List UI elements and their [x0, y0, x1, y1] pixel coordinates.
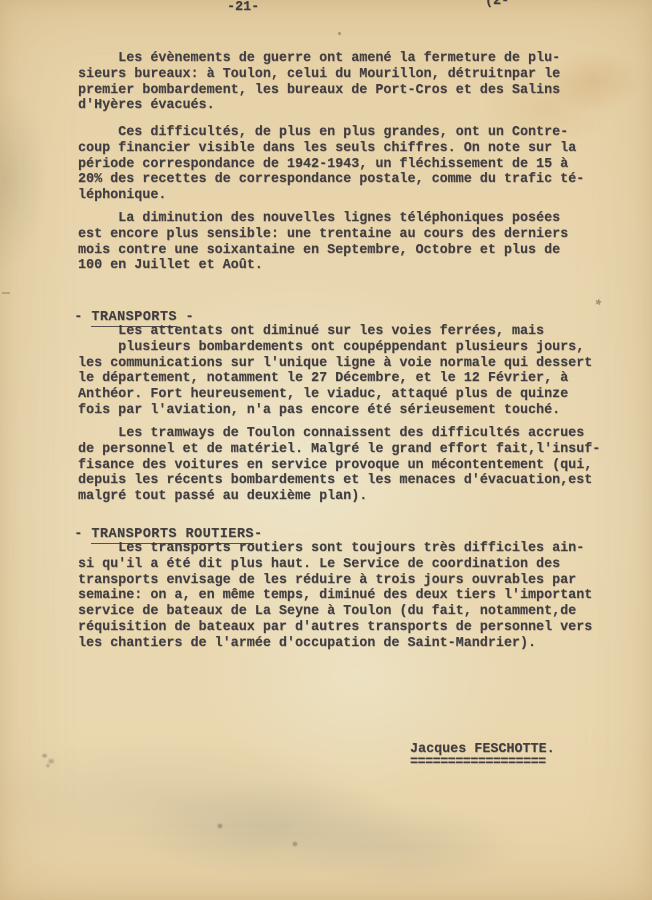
heading-dash: -: [74, 527, 91, 542]
text-line: si qu'il a été dit plus haut. Le Service…: [78, 557, 592, 573]
text-line: période correspondance de 1942-1943, un …: [78, 157, 584, 173]
text-line: est encore plus sensible: une trentaine …: [78, 227, 568, 243]
text-line: les communications sur l'unique ligne à …: [78, 356, 592, 372]
text-line: transports envisage de les réduire à tro…: [78, 573, 592, 589]
text-line: Ces difficultés, de plus en plus grandes…: [78, 125, 584, 141]
paragraph-post-offices: Les évènements de guerre ont amené la fe…: [78, 51, 560, 114]
text-line: les chantiers de l'armée d'occupation de…: [78, 636, 592, 652]
paragraph-railways: Les attentats ont diminué sur les voies …: [78, 324, 592, 419]
heading-dash: -: [74, 310, 91, 325]
signature-block: Jacques FESCHOTTE. ==================: [410, 742, 555, 771]
text-line: réquisition de bateaux par d'autres tran…: [78, 620, 592, 636]
heading-dash: -: [254, 527, 263, 542]
document-page: -21- (2- Les évènements de guerre ont am…: [0, 0, 652, 900]
page-number: -21-: [227, 1, 259, 14]
text-line: Les transports routiers sont toujours tr…: [78, 541, 592, 557]
text-line: premier bombardement, les bureaux de Por…: [78, 83, 560, 99]
paper-stain: [2, 292, 10, 294]
ink-smudge-mark: *: [591, 297, 603, 316]
text-line: léphonique.: [78, 188, 584, 204]
text-line: le département, notamment le 27 Décembre…: [78, 371, 592, 387]
text-line: Anthéor. Fort heureusement, le viaduc, a…: [78, 387, 592, 403]
text-line: fois par l'aviation, n'a pas encore été …: [78, 403, 592, 419]
signature-underline: ==================: [410, 755, 555, 771]
text-line: 20% des recettes de correspondance posta…: [78, 172, 584, 188]
text-line: 100 en Juillet et Août.: [78, 258, 568, 274]
text-line: Les tramways de Toulon connaissent des d…: [78, 426, 600, 442]
paper-stain: [338, 32, 341, 35]
text-line: de personnel et de matériel. Malgré le g…: [78, 442, 600, 458]
text-line: Les évènements de guerre ont amené la fe…: [78, 51, 560, 67]
paragraph-road-transports: Les transports routiers sont toujours tr…: [78, 541, 592, 652]
text-line: plusieurs bombardements ont coupéppendan…: [78, 340, 592, 356]
paper-stain: [218, 824, 222, 828]
text-line: sieurs bureaux: à Toulon, celui du Mouri…: [78, 67, 560, 83]
text-line: malgré tout passé au deuxième plan).: [78, 489, 600, 505]
corner-mark: (2-: [485, 0, 509, 8]
text-line: fisance des voitures en service provoque…: [78, 458, 600, 474]
text-line: depuis les récents bombardements et les …: [78, 473, 600, 489]
text-line: mois contre une soixantaine en Septembre…: [78, 243, 568, 259]
paper-stain: [293, 842, 297, 846]
paragraph-telephone-lines: La diminution des nouvelles lignes télép…: [78, 211, 568, 274]
text-line: coup financier visible dans les seuls ch…: [78, 141, 584, 157]
text-line: semaine: on a, en même temps, diminué de…: [78, 588, 592, 604]
heading-dash: -: [177, 310, 194, 325]
paragraph-tramways: Les tramways de Toulon connaissent des d…: [78, 426, 600, 505]
text-line: Les attentats ont diminué sur les voies …: [78, 324, 592, 340]
paper-stain: [38, 748, 60, 770]
text-line: d'Hyères évacués.: [78, 98, 560, 114]
text-line: service de bateaux de La Seyne à Toulon …: [78, 604, 592, 620]
text-line: La diminution des nouvelles lignes télép…: [78, 211, 568, 227]
paragraph-financial: Ces difficultés, de plus en plus grandes…: [78, 125, 584, 204]
